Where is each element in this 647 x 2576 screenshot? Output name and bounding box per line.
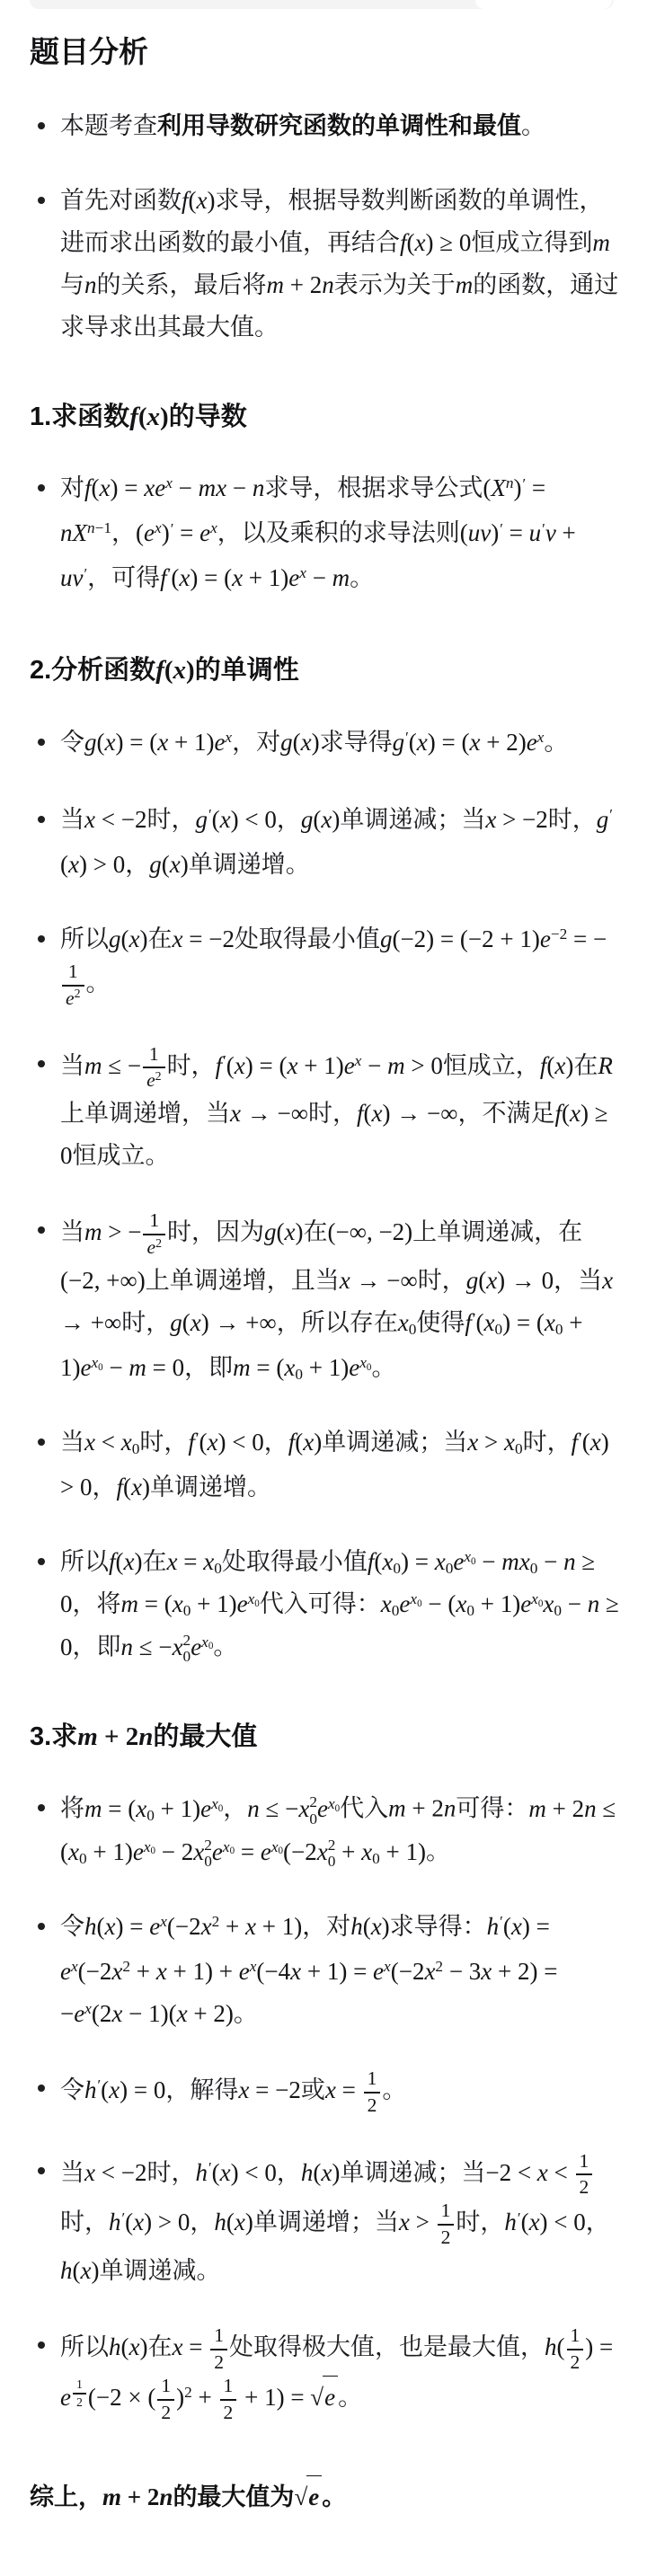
bullet-item: 将m = (x0 + 1)ex0，n ≤ −x20ex0代入m + 2n可得：m… xyxy=(30,1787,622,1872)
previous-card-bottom-edge xyxy=(30,0,614,9)
page-title: 题目分析 xyxy=(30,32,622,73)
bullet-item: 当x < −2时，h′(x) < 0，h(x)单调递减；当−2 < x < 12… xyxy=(30,2150,622,2293)
sections: 1.求函数f(x)的导数对f(x) = xex − mx − n求导，根据求导公… xyxy=(30,399,622,2425)
bullet-text: 本题考查利用导数研究函数的单调性和最值。 xyxy=(60,105,622,147)
bullet-item: 当m ≤ −1e2时，f′(x) = (x + 1)ex − m > 0恒成立，… xyxy=(30,1043,622,1178)
bullet-item: 当m > −1e2时，因为g(x)在(−∞, −2)上单调递减，在(−2, +∞… xyxy=(30,1209,622,1389)
bullet-text: 当x < −2时，g′(x) < 0，g(x)单调递减；当x > −2时，g′(… xyxy=(60,799,622,886)
bullet-text: 所以g(x)在x = −2处取得最小值g(−2) = (−2 + 1)e−2 =… xyxy=(60,918,622,1011)
section-3-bullet-list: 将m = (x0 + 1)ex0，n ≤ −x20ex0代入m + 2n可得：m… xyxy=(30,1787,622,2424)
section-heading-1: 1.求函数f(x)的导数 xyxy=(30,399,622,436)
bullet-item: 所以f(x)在x = x0处取得最小值f(x0) = x0ex0 − mx0 −… xyxy=(30,1541,622,1669)
conclusion-line: 综上，m + 2n的最大值为√e。 xyxy=(30,2475,622,2518)
bullet-item: 所以h(x)在x = 12处取得极大值，也是最大值，h(12) = e12(−2… xyxy=(30,2324,622,2425)
analysis-page: 题目分析 本题考查利用导数研究函数的单调性和最值。首先对函数f(x)求导，根据导… xyxy=(0,0,647,2554)
bullet-text: 令g(x) = (x + 1)ex，对g(x)求导得g′(x) = (x + 2… xyxy=(60,721,622,766)
section-heading-3: 3.求m + 2n的最大值 xyxy=(30,1719,622,1756)
section-2-bullet-list: 令g(x) = (x + 1)ex，对g(x)求导得g′(x) = (x + 2… xyxy=(30,721,622,1669)
bullet-text: 令h′(x) = 0，解得x = −2或x = 12。 xyxy=(60,2067,622,2118)
intro-bullet-list: 本题考查利用导数研究函数的单调性和最值。首先对函数f(x)求导，根据导数判断函数… xyxy=(30,105,622,349)
bullet-text: 当x < −2时，h′(x) < 0，h(x)单调递减；当−2 < x < 12… xyxy=(60,2150,622,2293)
bullet-text: 对f(x) = xex − mx − n求导，根据求导公式(Xn)′ = nXn… xyxy=(60,467,622,602)
bullet-text: 所以h(x)在x = 12处取得极大值，也是最大值，h(12) = e12(−2… xyxy=(60,2324,622,2425)
bullet-item: 当x < x0时，f′(x) < 0，f(x)单调递减；当x > x0时，f′(… xyxy=(30,1421,622,1509)
previous-card-inner-pill xyxy=(475,0,612,9)
bullet-item: 令h′(x) = 0，解得x = −2或x = 12。 xyxy=(30,2067,622,2118)
bullet-item: 本题考查利用导数研究函数的单调性和最值。 xyxy=(30,105,622,147)
bullet-item: 对f(x) = xex − mx − n求导，根据求导公式(Xn)′ = nXn… xyxy=(30,467,622,602)
bullet-item: 当x < −2时，g′(x) < 0，g(x)单调递减；当x > −2时，g′(… xyxy=(30,799,622,886)
bullet-item: 令h(x) = ex(−2x2 + x + 1)，对h(x)求导得：h′(x) … xyxy=(30,1906,622,2035)
bullet-text: 当m ≤ −1e2时，f′(x) = (x + 1)ex − m > 0恒成立，… xyxy=(60,1043,622,1178)
bullet-item: 令g(x) = (x + 1)ex，对g(x)求导得g′(x) = (x + 2… xyxy=(30,721,622,766)
section-1-bullet-list: 对f(x) = xex − mx − n求导，根据求导公式(Xn)′ = nXn… xyxy=(30,467,622,602)
bullet-text: 令h(x) = ex(−2x2 + x + 1)，对h(x)求导得：h′(x) … xyxy=(60,1906,622,2035)
bullet-text: 当x < x0时，f′(x) < 0，f(x)单调递减；当x > x0时，f′(… xyxy=(60,1421,622,1509)
bullet-text: 当m > −1e2时，因为g(x)在(−∞, −2)上单调递减，在(−2, +∞… xyxy=(60,1209,622,1389)
bullet-item: 所以g(x)在x = −2处取得最小值g(−2) = (−2 + 1)e−2 =… xyxy=(30,918,622,1011)
bullet-text: 所以f(x)在x = x0处取得最小值f(x0) = x0ex0 − mx0 −… xyxy=(60,1541,622,1669)
bullet-item: 首先对函数f(x)求导，根据导数判断函数的单调性，进而求出函数的最小值，再结合f… xyxy=(30,180,622,349)
bullet-text: 首先对函数f(x)求导，根据导数判断函数的单调性，进而求出函数的最小值，再结合f… xyxy=(60,180,622,349)
section-heading-2: 2.分析函数f(x)的单调性 xyxy=(30,652,622,689)
bullet-text: 将m = (x0 + 1)ex0，n ≤ −x20ex0代入m + 2n可得：m… xyxy=(60,1787,622,1872)
